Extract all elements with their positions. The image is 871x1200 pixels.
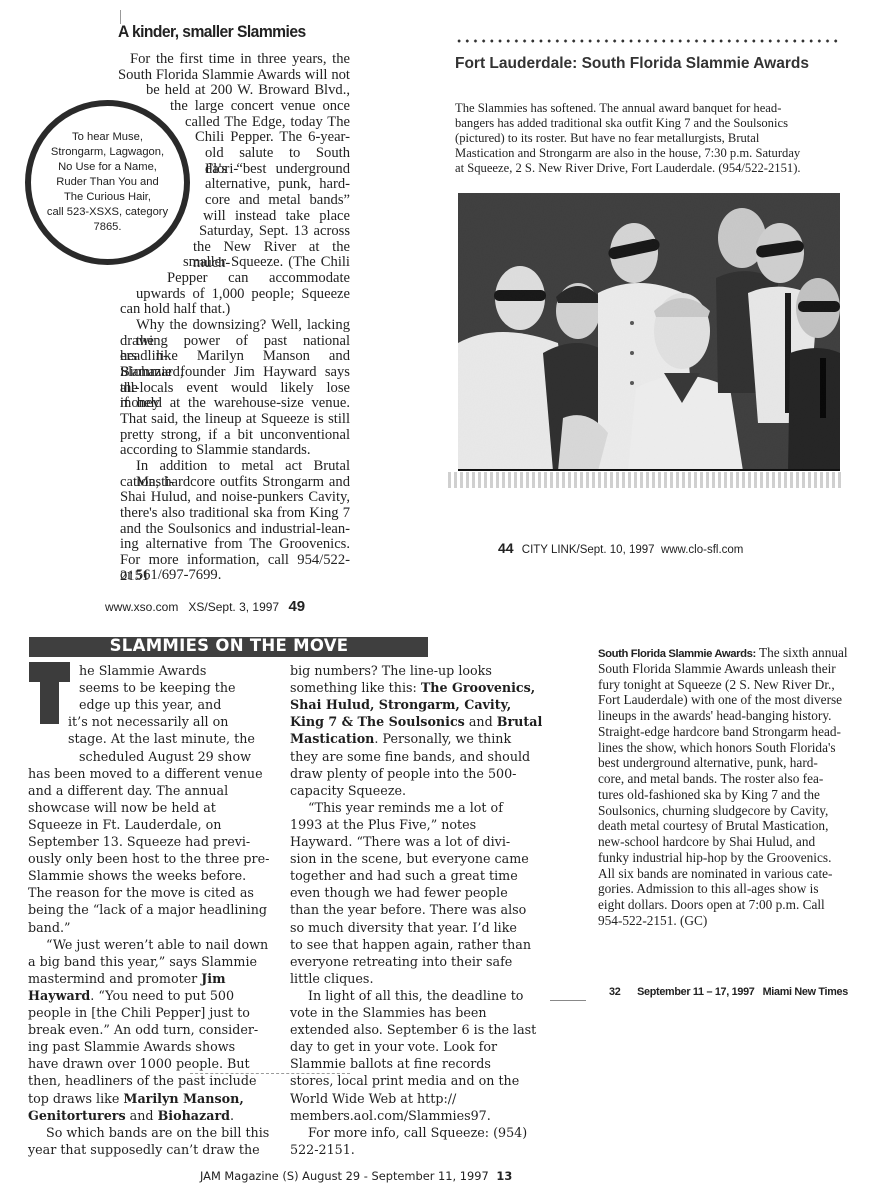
text-line: eight dollars. Doors open at 7:00 p.m. C…	[598, 897, 825, 913]
text-line: top draws like Marilyn Manson,	[28, 1090, 244, 1107]
text-line: to see that happen again, rather than	[290, 936, 531, 953]
text-line: Slammie shows the weeks before.	[28, 867, 246, 884]
text-line: seems to be keeping the	[79, 679, 236, 696]
city-link-headline: Fort Lauderdale: South Florida Slammie A…	[455, 52, 835, 76]
text-line: ously only been host to the three pre-	[28, 850, 269, 867]
text-line: Fort Lauderdale) with one of the most di…	[598, 692, 842, 708]
text-line: September 13. Squeeze had previ-	[28, 833, 250, 850]
text-line: That said, the lineup at Squeeze is stil…	[120, 412, 350, 428]
text-line: new-school hardcore by Shai Hulud, and	[598, 834, 815, 850]
sidebar-line: Strongarm, Lagwagon,	[45, 145, 170, 160]
text-line: everyone retreating into their safe	[290, 953, 512, 970]
text-line: World Wide Web at http://	[290, 1090, 456, 1107]
xs-footer-issue: XS/Sept. 3, 1997	[188, 600, 279, 614]
text-line: Saturday, Sept. 13 across	[199, 224, 350, 240]
text-line: 522-2151.	[290, 1141, 355, 1158]
city-link-page-number: 44	[498, 540, 514, 556]
text-line: The reason for the move is cited as	[28, 884, 254, 901]
text-line: extended also. September 6 is the last	[290, 1021, 536, 1038]
sidebar-line: To hear Muse,	[45, 130, 170, 145]
sidebar-line: call 523-XSXS, category	[45, 205, 170, 220]
text-line: South Florida Slammie Awards unleash the…	[598, 661, 836, 677]
text-line: it’s not necessarily all on	[68, 713, 228, 730]
text-line: Hayward. “There was a lot of divi-	[290, 833, 510, 850]
section-title: SLAMMIES ON THE MOVE	[29, 636, 429, 655]
text-line: cation, hardcore outfits Strongarm and	[120, 475, 350, 491]
text-line: Genitorturers and Biohazard.	[28, 1107, 234, 1124]
text-line: draw plenty of people into the 500-	[290, 765, 516, 782]
text-line: ing past Slammie Awards shows	[28, 1038, 235, 1055]
text-line: being the “lack of a major headlining	[28, 901, 267, 918]
text-line: South Florida Slammie Awards will not	[118, 68, 350, 84]
jam-footer-issue: JAM Magazine (S) August 29 - September 1…	[200, 1169, 489, 1183]
xs-footer: www.xso.com XS/Sept. 3, 1997 49	[105, 598, 305, 615]
city-link-footer-issue: CITY LINK/Sept. 10, 1997	[522, 544, 655, 556]
body-line: at Squeeze, 2 S. New River Drive, Fort L…	[455, 161, 835, 176]
mnt-lead-in: South Florida Slammie Awards:	[598, 648, 756, 660]
text-line: even though we had fewer people	[290, 884, 508, 901]
text-line: Mastication. Personally, we think	[290, 730, 511, 747]
body-line: bangers has added traditional ska outfit…	[455, 116, 835, 131]
text-line: core, and metal bands. The roster also f…	[598, 771, 823, 787]
text-line: core and metal bands”	[205, 193, 350, 209]
text-line: vote in the Slammies has been	[290, 1004, 487, 1021]
mnt-footer: 32 September 11 – 17, 1997 Miami New Tim…	[609, 986, 848, 998]
text-line: upwards of 1,000 people; Squeeze	[136, 287, 350, 303]
text-line: For more info, call Squeeze: (954)	[308, 1124, 527, 1141]
text-line: Straight-edge hardcore band Strongarm he…	[598, 724, 841, 740]
text-line: 954-522-2151. (GC)	[598, 913, 707, 929]
text-line: so much diversity that year. I’d like	[290, 919, 517, 936]
text-line: little cliques.	[290, 970, 373, 987]
text-line: than the year before. There was also	[290, 901, 526, 918]
xs-footer-url: www.xso.com	[105, 600, 178, 614]
text-line: lines the show, which honors South Flori…	[598, 740, 836, 756]
text-line: then, headliners of the past include	[28, 1072, 257, 1089]
text-line: be held at 200 W. Broward Blvd.,	[146, 83, 350, 99]
body-line: Mastication and Strongarm are also in th…	[455, 146, 835, 161]
text-line: the large concert venue once	[170, 99, 350, 115]
sidebar-line: No Use for a Name,	[45, 160, 170, 175]
text-line: For the first time in three years, the	[130, 52, 350, 68]
text-line: big numbers? The line-up looks	[290, 662, 492, 679]
text-line: will instead take place	[203, 209, 350, 225]
text-line: Squeeze in Ft. Lauderdale, on	[28, 816, 221, 833]
text-line: there's also traditional ska from King 7	[120, 506, 350, 522]
dotted-rule	[455, 38, 840, 44]
text-line: capacity Squeeze.	[290, 782, 406, 799]
xs-headline: A kinder, smaller Slammies	[118, 22, 306, 42]
text-line: pretty strong, if a bit unconventional	[120, 428, 350, 444]
text-line: da's “best underground	[205, 162, 350, 178]
text-line: gories. Admission to this all-ages show …	[598, 881, 819, 897]
text-line: mastermind and promoter Jim	[28, 970, 226, 987]
mnt-footer-publication: Miami New Times	[763, 986, 848, 998]
text-line: 1993 at the Plus Five,” notes	[290, 816, 476, 833]
text-line: if held at the warehouse-size venue.	[120, 396, 350, 412]
text-line: sion in the scene, but everyone came	[290, 850, 529, 867]
text-line: break even.” An odd turn, consider-	[28, 1021, 258, 1038]
text-line: Chili Pepper. The 6-year-	[195, 130, 350, 146]
text-line: called The Edge, today The	[185, 115, 350, 131]
mnt-footer-dates: September 11 – 17, 1997	[637, 986, 754, 998]
band-photo	[458, 193, 840, 471]
sidebar-line: 7865.	[45, 220, 170, 235]
city-link-body: The Slammies has softened. The annual aw…	[455, 101, 835, 176]
text-line: alternative, punk, hard-	[205, 177, 350, 193]
text-line: members.aol.com/Slammies97.	[290, 1107, 491, 1124]
text-line: Soulsonics, churning sludgecore by Cavit…	[598, 803, 828, 819]
mnt-page-number: 32	[609, 986, 620, 998]
text-line: best underground alternative, punk, hard…	[598, 755, 818, 771]
text-line: something like this: The Groovenics,	[290, 679, 535, 696]
text-line: band.”	[28, 919, 71, 936]
text-line: Pepper can accommodate	[167, 271, 350, 287]
text-line: people in [the Chili Pepper] just to	[28, 1004, 250, 1021]
city-link-footer: 44 CITY LINK/Sept. 10, 1997 www.clo-sfl.…	[498, 540, 743, 556]
drop-cap-t	[29, 662, 70, 724]
body-line: (pictured) to its roster. But have no fe…	[455, 131, 835, 146]
text-line: “This year reminds me a lot of	[308, 799, 503, 816]
text-line: and a different day. The annual	[28, 782, 228, 799]
text-line: fury tonight at Squeeze (2 S. New River …	[598, 677, 835, 693]
sidebar-line: The Curious Hair,	[45, 190, 170, 205]
text-line: Hayward. “You need to put 500	[28, 987, 234, 1004]
text-line: Slammie ballots at fine records	[290, 1055, 491, 1072]
text-line: “We just weren’t able to nail down	[46, 936, 268, 953]
band-photo-illustration	[458, 193, 840, 471]
text-line: showcase will now be held at	[28, 799, 216, 816]
text-line: together and had such a great time	[290, 867, 518, 884]
xs-sidebar-text: To hear Muse, Strongarm, Lagwagon, No Us…	[45, 130, 170, 235]
text-line: year that supposedly can’t draw the	[28, 1141, 260, 1158]
text-line: stores, local print media and on the	[290, 1072, 519, 1089]
text-line: ing alternative from The Groovenics.	[120, 537, 350, 553]
scan-artifact	[190, 1073, 350, 1074]
text-line: and the Soulsonics and industrial-lean-	[120, 522, 350, 538]
text-line: he Slammie Awards	[79, 662, 206, 679]
xs-page-number: 49	[288, 598, 305, 615]
jam-page-number: 13	[496, 1169, 512, 1183]
city-link-footer-url: www.clo-sfl.com	[661, 544, 743, 556]
text-line: can hold half that.)	[120, 302, 230, 318]
text-line: have drawn over 1000 people. But	[28, 1055, 250, 1072]
text-line: All six bands are nominated in various c…	[598, 866, 832, 882]
text-line: they are some fine bands, and should	[290, 748, 530, 765]
text-line: So which bands are on the bill this	[46, 1124, 269, 1141]
text-line: according to Slammie standards.	[120, 443, 310, 459]
xs-sidebar-circle: To hear Muse, Strongarm, Lagwagon, No Us…	[25, 100, 190, 265]
text-line: smaller Squeeze. (The Chili	[183, 255, 350, 271]
body-line: The Slammies has softened. The annual aw…	[455, 101, 835, 116]
text-line: tures old-fashioned ska by King 7 and th…	[598, 787, 820, 803]
jam-footer: JAM Magazine (S) August 29 - September 1…	[200, 1169, 512, 1183]
text-line: Shai Hulud, and noise-punkers Cavity,	[120, 490, 350, 506]
text-line: stage. At the last minute, the	[68, 730, 255, 747]
text-line: has been moved to a different venue	[28, 765, 263, 782]
text-line: Shai Hulud, Strongarm, Cavity,	[290, 696, 511, 713]
text-line: lineups in the awards' head-banging hist…	[598, 708, 831, 724]
text-line: death metal courtesy of Brutal Masticati…	[598, 818, 828, 834]
text-line: scheduled August 29 show	[79, 748, 251, 765]
scan-artifact	[550, 1000, 586, 1001]
text-line: funky industrial hip-hop by the Grooveni…	[598, 850, 831, 866]
text-line: day to get in your vote. Look for	[290, 1038, 497, 1055]
text-line: edge up this year, and	[79, 696, 221, 713]
text-line: a big band this year,” says Slammie	[28, 953, 257, 970]
text-line: In light of all this, the deadline to	[308, 987, 523, 1004]
scan-artifact	[448, 472, 843, 488]
sidebar-line: Ruder Than You and	[45, 175, 170, 190]
text-line: King 7 & The Soulsonics and Brutal	[290, 713, 542, 730]
text-line: or 561/697-7699.	[120, 568, 221, 584]
